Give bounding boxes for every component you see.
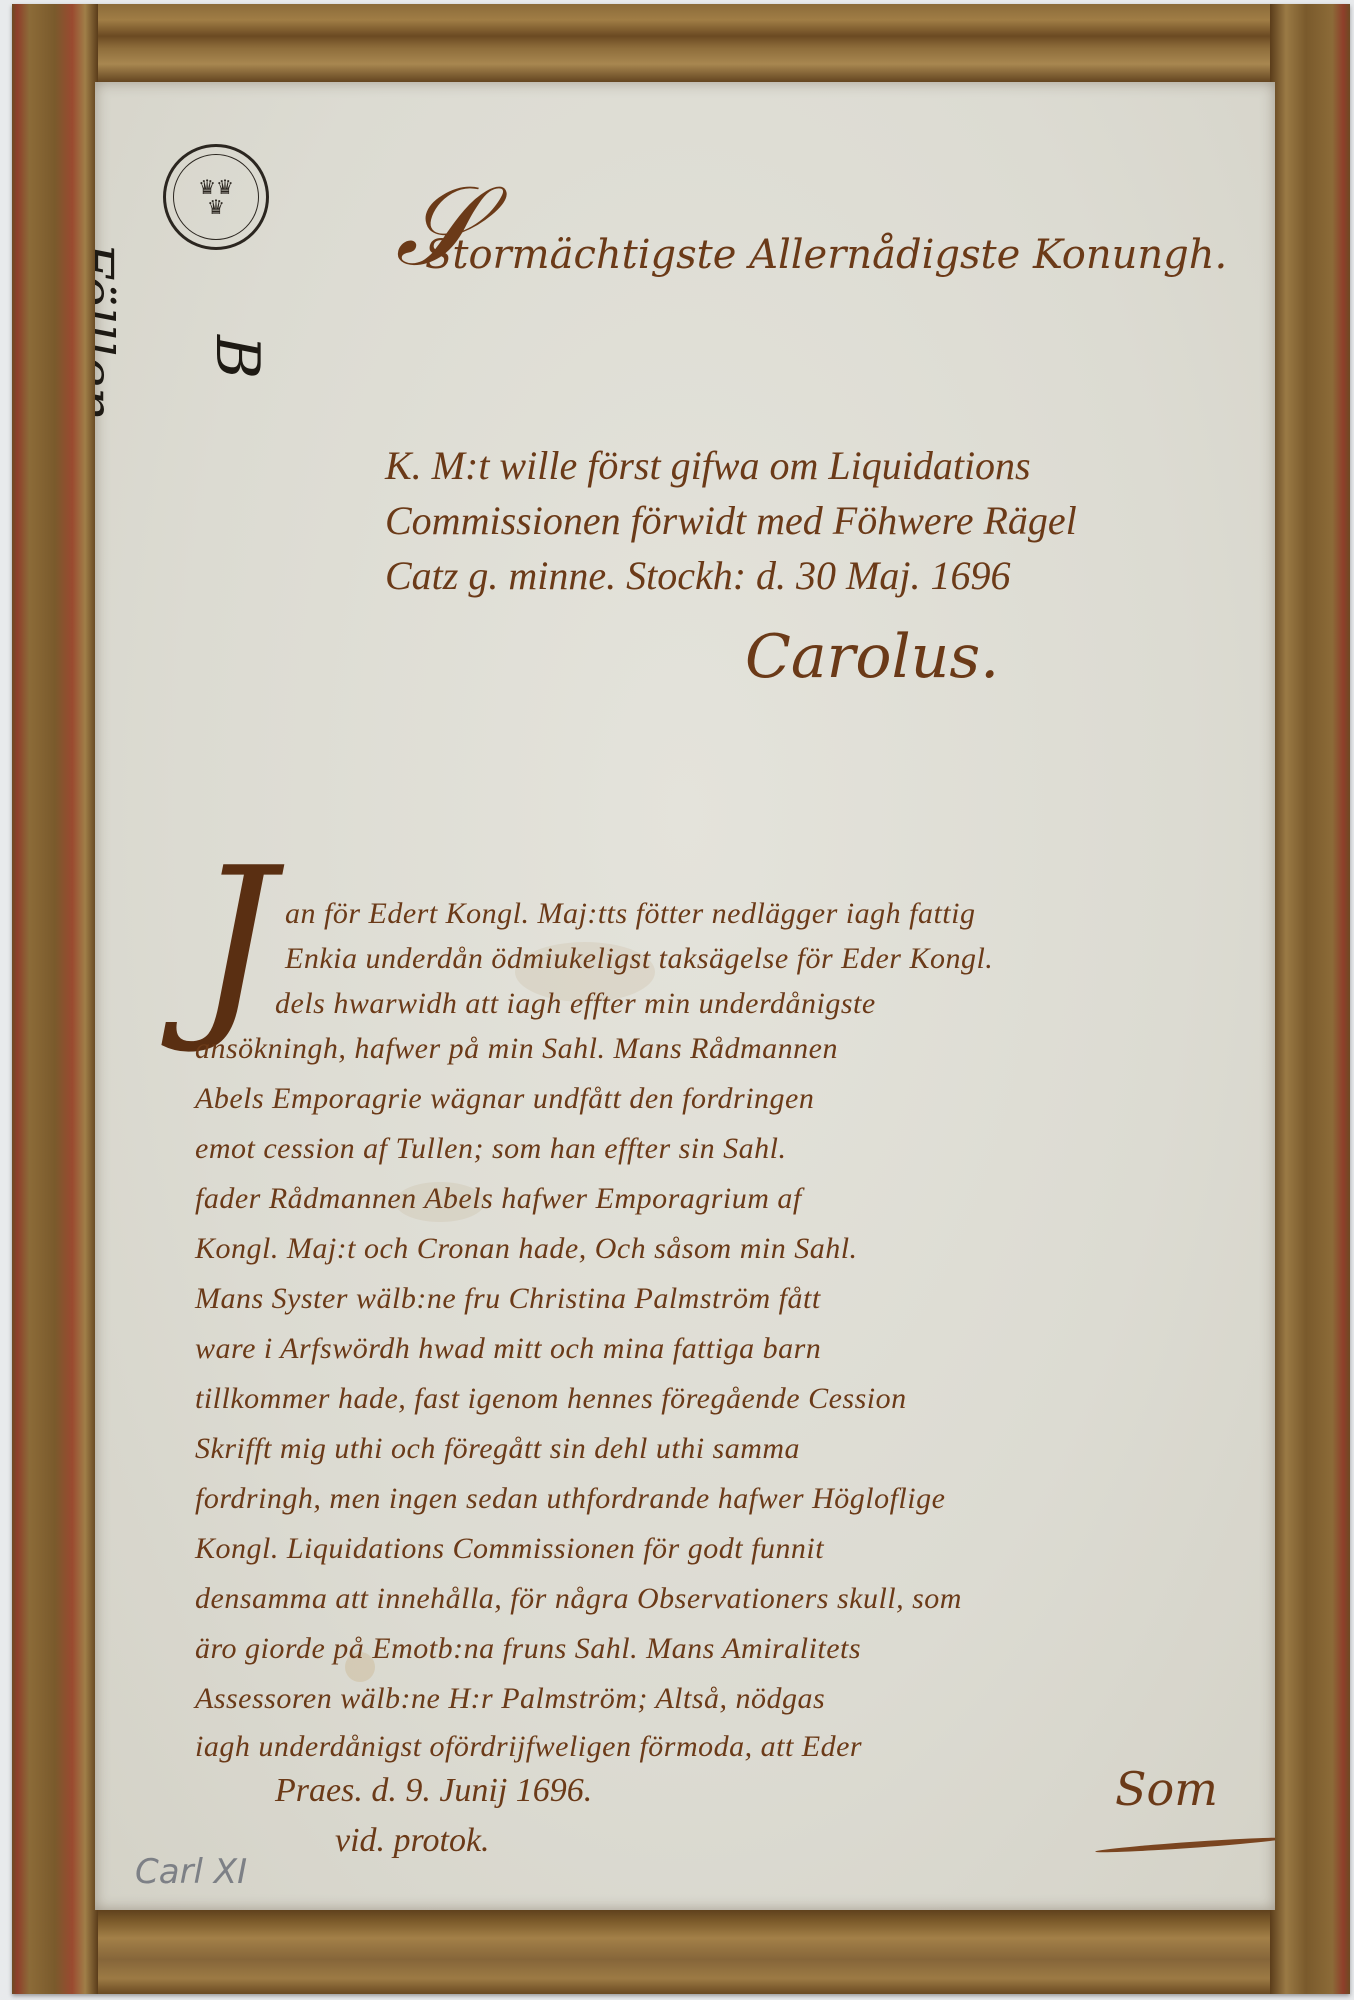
margin-annotation-letter: B [202, 335, 272, 379]
frame-bottom-rail [12, 1908, 1350, 1994]
three-crowns-icon: ♛♛♛ [198, 177, 234, 217]
body-line: fordringh, men ingen sedan uthfordrande … [195, 1482, 945, 1516]
body-line: Kongl. Liquidations Commissionen för god… [195, 1532, 824, 1566]
endorsement-line-3: Catz g. minne. Stockh: d. 30 Maj. 1696 [385, 552, 1011, 599]
frame-left-rail [12, 4, 98, 1994]
pencil-annotation: Carl XI [135, 1852, 247, 1892]
frame-right-rail [1270, 4, 1350, 1994]
body-line: ware i Arfswördh hwad mitt och mina fatt… [195, 1332, 821, 1366]
body-line: an för Edert Kongl. Maj:tts fötter nedlä… [285, 897, 975, 931]
manuscript-paper: UNIVERSITATIS · OLVERSITY · IKA · OKT ♛♛… [95, 82, 1275, 1910]
body-line: dels hwarwidh att iagh effter min underd… [275, 987, 876, 1021]
body-line: emot cession af Tullen; som han effter s… [195, 1132, 786, 1166]
body-line: Kongl. Maj:t och Cronan hade, Och såsom … [195, 1232, 858, 1266]
royal-signature: Carolus. [745, 622, 999, 692]
body-line: iagh underdånigst ofördrijfweligen förmo… [195, 1730, 862, 1764]
body-line: tillkommer hade, fast igenom hennes före… [195, 1382, 907, 1416]
closing-word: Som [1115, 1762, 1218, 1816]
frame-top-rail [12, 4, 1350, 84]
margin-annotation-name: Fölllen [95, 242, 123, 421]
endorsement-line-1: K. M:t wille först gifwa om Liquidations [385, 442, 1031, 489]
endorsement-line-2: Commissionen förwidt med Föhwere Rägel [385, 497, 1077, 544]
body-line: fader Rådmannen Abels hafwer Emporagrium… [195, 1182, 802, 1216]
body-line: Assessoren wälb:ne H:r Palmström; Altså,… [195, 1682, 825, 1716]
body-line: Abels Emporagrie wägnar undfått den ford… [195, 1082, 814, 1116]
salutation: Stormächtigste Allernådigste Konungh. [425, 232, 1227, 278]
body-line: Enkia underdån ödmiukeligst taksägelse f… [285, 942, 993, 976]
presentation-note-line-1: Praes. d. 9. Junij 1696. [275, 1772, 592, 1810]
body-line: ansökningh, hafwer på min Sahl. Mans Råd… [195, 1032, 838, 1066]
library-stamp: UNIVERSITATIS · OLVERSITY · IKA · OKT ♛♛… [163, 144, 269, 250]
closing-flourish [1095, 1835, 1275, 1854]
body-line: densamma att innehålla, för några Observ… [195, 1582, 962, 1616]
body-line: Skrifft mig uthi och föregått sin dehl u… [195, 1432, 800, 1466]
body-line: Mans Syster wälb:ne fru Christina Palmst… [195, 1282, 821, 1316]
presentation-note-line-2: vid. protok. [335, 1822, 490, 1860]
body-initial-letter: J [195, 842, 275, 1042]
body-line: äro giorde på Emotb:na fruns Sahl. Mans … [195, 1632, 861, 1666]
